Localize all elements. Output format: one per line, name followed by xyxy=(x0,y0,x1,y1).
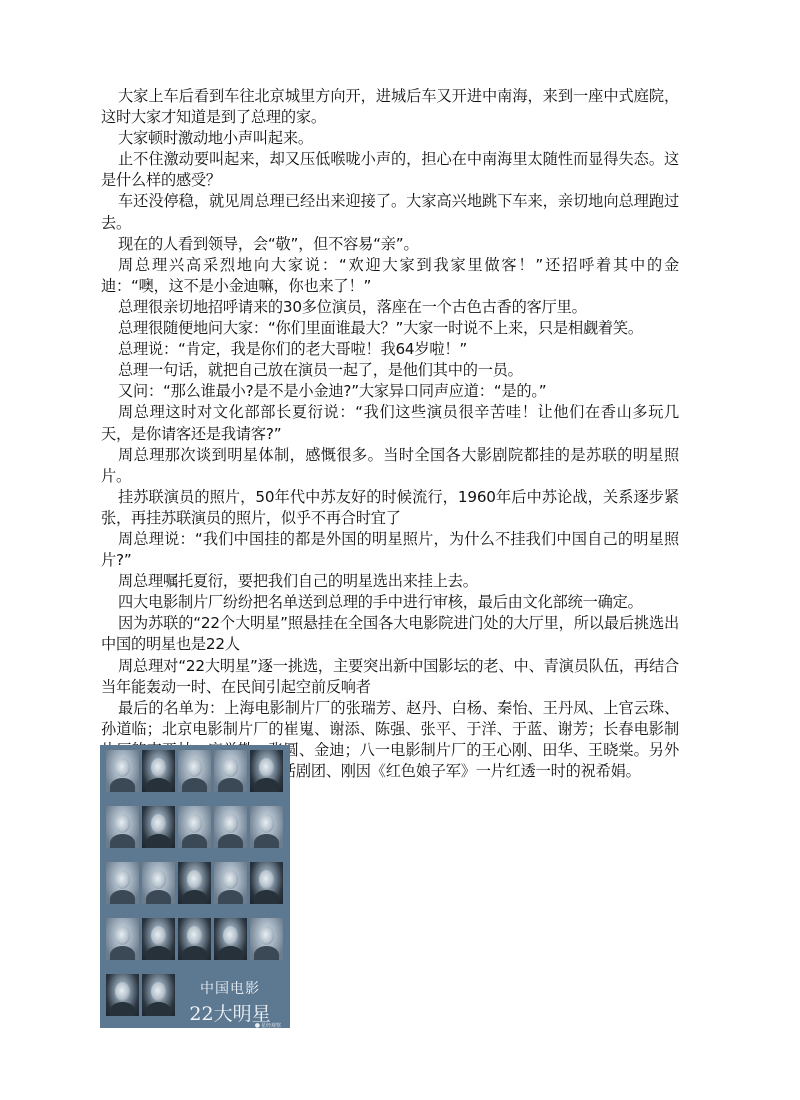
portrait-photo xyxy=(214,750,247,792)
portrait xyxy=(249,750,283,803)
watermark-text: 星经观察 xyxy=(261,1022,281,1029)
paragraph: 挂苏联演员的照片，50年代中苏友好的时候流行，1960年后中苏论战，关系逐步紧张… xyxy=(101,487,679,529)
portrait-photo xyxy=(250,806,283,848)
poster-title-line1: 中国电影 xyxy=(177,978,283,998)
paragraph: 总理说：“肯定，我是你们的老大哥啦！我64岁啦！” xyxy=(101,339,679,360)
paragraph: 周总理兴高采烈地向大家说：“欢迎大家到我家里做客！”还招呼着其中的金迪：“噢，这… xyxy=(101,255,679,297)
portrait xyxy=(213,806,247,859)
paragraph: 周总理对“22大明星”逐一挑选，主要突出新中国影坛的老、中、青演员队伍，再结合当… xyxy=(101,656,679,698)
paragraph: 周总理那次谈到明星体制，感慨很多。当时全国各大影剧院都挂的是苏联的明星照片。 xyxy=(101,445,679,487)
paragraph: 周总理说：“我们中国挂的都是外国的明星照片，为什么不挂我们中国自己的明星照片?” xyxy=(101,529,679,571)
watermark: ● 星经观察 xyxy=(255,1022,281,1029)
paragraph: 总理很随便地问大家：“你们里面谁最大？”大家一时说不上来，只是相觑着笑。 xyxy=(101,318,679,339)
portrait xyxy=(141,974,175,1027)
paragraph: 现在的人看到领导，会“敬”，但不容易“亲”。 xyxy=(101,234,679,255)
portrait-photo xyxy=(142,806,175,848)
portrait xyxy=(249,918,283,971)
paragraph: 大家顿时激动地小声叫起来。 xyxy=(101,128,679,149)
portrait-photo xyxy=(106,750,139,792)
portrait-photo xyxy=(142,862,175,904)
portrait xyxy=(105,862,139,915)
portrait xyxy=(177,806,211,859)
portrait xyxy=(105,750,139,803)
paragraph: 大家上车后看到车往北京城里方向开，进城后车又开进中南海，来到一座中式庭院，这时大… xyxy=(101,86,679,128)
portrait-photo xyxy=(106,862,139,904)
portrait-photo xyxy=(214,918,247,960)
portrait xyxy=(177,918,211,971)
portrait-photo xyxy=(106,806,139,848)
article-body: 大家上车后看到车往北京城里方向开，进城后车又开进中南海，来到一座中式庭院，这时大… xyxy=(101,86,679,782)
portrait-photo xyxy=(250,750,283,792)
portrait xyxy=(141,918,175,971)
portrait-photo xyxy=(178,750,211,792)
portrait-photo xyxy=(250,918,283,960)
portrait xyxy=(213,918,247,971)
paragraph: 因为苏联的“22个大明星”照悬挂在全国各大电影院进门处的大厅里，所以最后挑选出中… xyxy=(101,613,679,655)
portrait-photo xyxy=(106,918,139,960)
portrait-photo xyxy=(142,974,175,1016)
portrait-photo xyxy=(106,974,139,1016)
portrait-photo xyxy=(178,918,211,960)
paragraph: 车还没停稳，就见周总理已经出来迎接了。大家高兴地跳下车来，亲切地向总理跑过去。 xyxy=(101,191,679,233)
portrait xyxy=(213,862,247,915)
portrait xyxy=(141,862,175,915)
portrait-photo xyxy=(142,918,175,960)
portrait-photo xyxy=(142,750,175,792)
paragraph: 总理很亲切地招呼请来的30多位演员，落座在一个古色古香的客厅里。 xyxy=(101,297,679,318)
paragraph: 又问：“那么谁最小?是不是小金迪?”大家异口同声应道：“是的。” xyxy=(101,381,679,402)
portrait-grid: 中国电影 22大明星 ● 星经观察 xyxy=(105,750,286,1027)
paragraph: 周总理嘱托夏衍，要把我们自己的明星选出来挂上去。 xyxy=(101,571,679,592)
portrait xyxy=(249,862,283,915)
portrait xyxy=(177,750,211,803)
paragraph: 止不住激动要叫起来，却又压低喉咙小声的，担心在中南海里太随性而显得失态。这是什么… xyxy=(101,149,679,191)
wechat-icon: ● xyxy=(255,1022,260,1029)
portrait-photo xyxy=(250,862,283,904)
portrait xyxy=(105,918,139,971)
portrait xyxy=(105,974,139,1027)
paragraph: 总理一句话，就把自己放在演员一起了，是他们其中的一员。 xyxy=(101,360,679,381)
paragraph: 四大电影制片厂纷纷把名单送到总理的手中进行审核，最后由文化部统一确定。 xyxy=(101,592,679,613)
portrait-photo xyxy=(178,806,211,848)
poster-title-block: 中国电影 22大明星 ● 星经观察 xyxy=(177,974,283,1027)
portrait xyxy=(141,806,175,859)
portrait xyxy=(105,806,139,859)
paragraph: 周总理这时对文化部部长夏衍说：“我们这些演员很辛苦哇！让他们在香山多玩几天，是你… xyxy=(101,402,679,444)
portrait-photo xyxy=(214,806,247,848)
stars-poster-image: 中国电影 22大明星 ● 星经观察 xyxy=(100,745,290,1028)
portrait-photo xyxy=(214,862,247,904)
portrait xyxy=(177,862,211,915)
portrait xyxy=(249,806,283,859)
portrait xyxy=(141,750,175,803)
portrait-photo xyxy=(178,862,211,904)
portrait xyxy=(213,750,247,803)
